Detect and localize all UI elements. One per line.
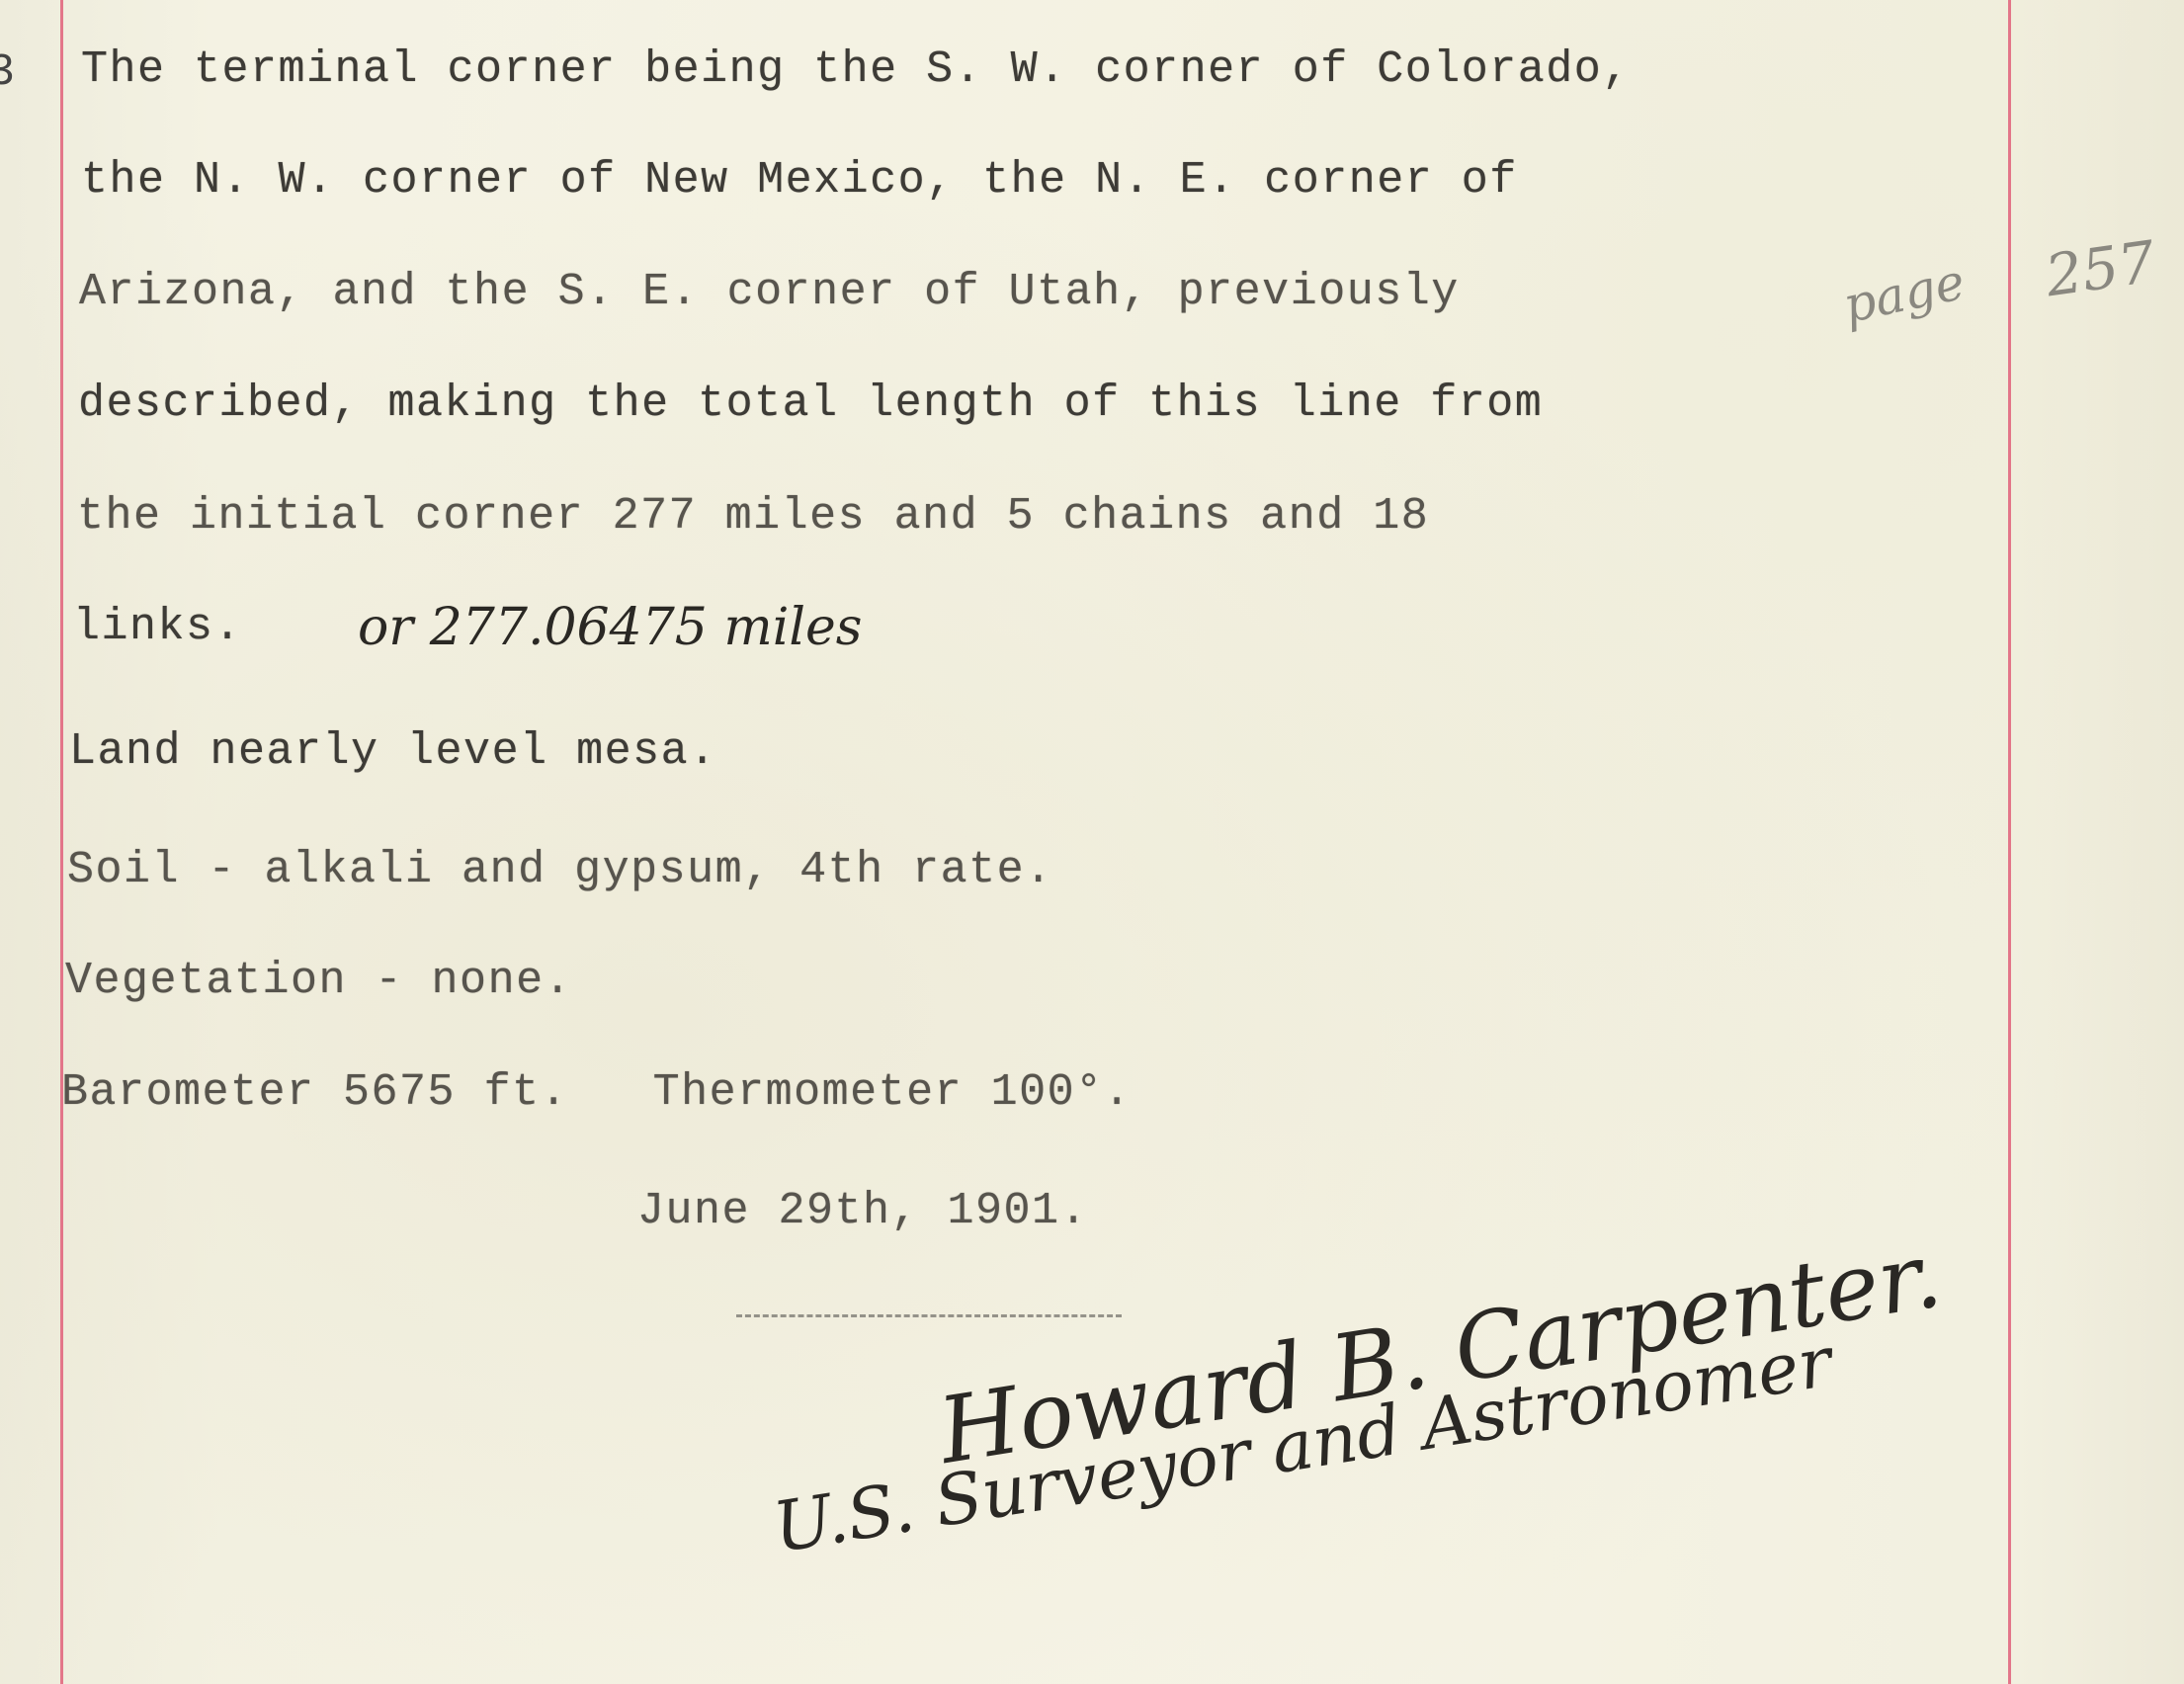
separator-line	[736, 1314, 1122, 1317]
typed-line-6: links.	[73, 605, 242, 649]
margin-pencil-note: page	[1838, 253, 1970, 334]
typed-line-vegetation: Vegetation - none.	[65, 959, 572, 1003]
typed-line-4: described, making the total length of th…	[78, 381, 1543, 426]
handwritten-conversion: or 277.06475 miles	[358, 598, 862, 657]
typed-line-3: Arizona, and the S. E. corner of Utah, p…	[79, 270, 1460, 314]
typed-line-soil: Soil - alkali and gypsum, 4th rate.	[67, 848, 1053, 892]
typed-line-5: the initial corner 277 miles and 5 chain…	[77, 494, 1429, 539]
typed-line-barometer: Barometer 5675 ft. Thermometer 100°.	[61, 1070, 1132, 1115]
typed-line-land: Land nearly level mesa.	[69, 729, 717, 774]
right-margin-rule	[2008, 0, 2011, 1684]
typed-line-date: June 29th, 1901.	[637, 1189, 1088, 1233]
left-margin-rule	[60, 0, 63, 1684]
left-margin-fragment: 3	[0, 47, 15, 98]
typed-line-1: The terminal corner being the S. W. corn…	[81, 47, 1631, 92]
margin-page-number: 257	[2042, 228, 2159, 310]
document-page: 3 The terminal corner being the S. W. co…	[0, 0, 2184, 1684]
typed-line-2: the N. W. corner of New Mexico, the N. E…	[81, 158, 1518, 203]
